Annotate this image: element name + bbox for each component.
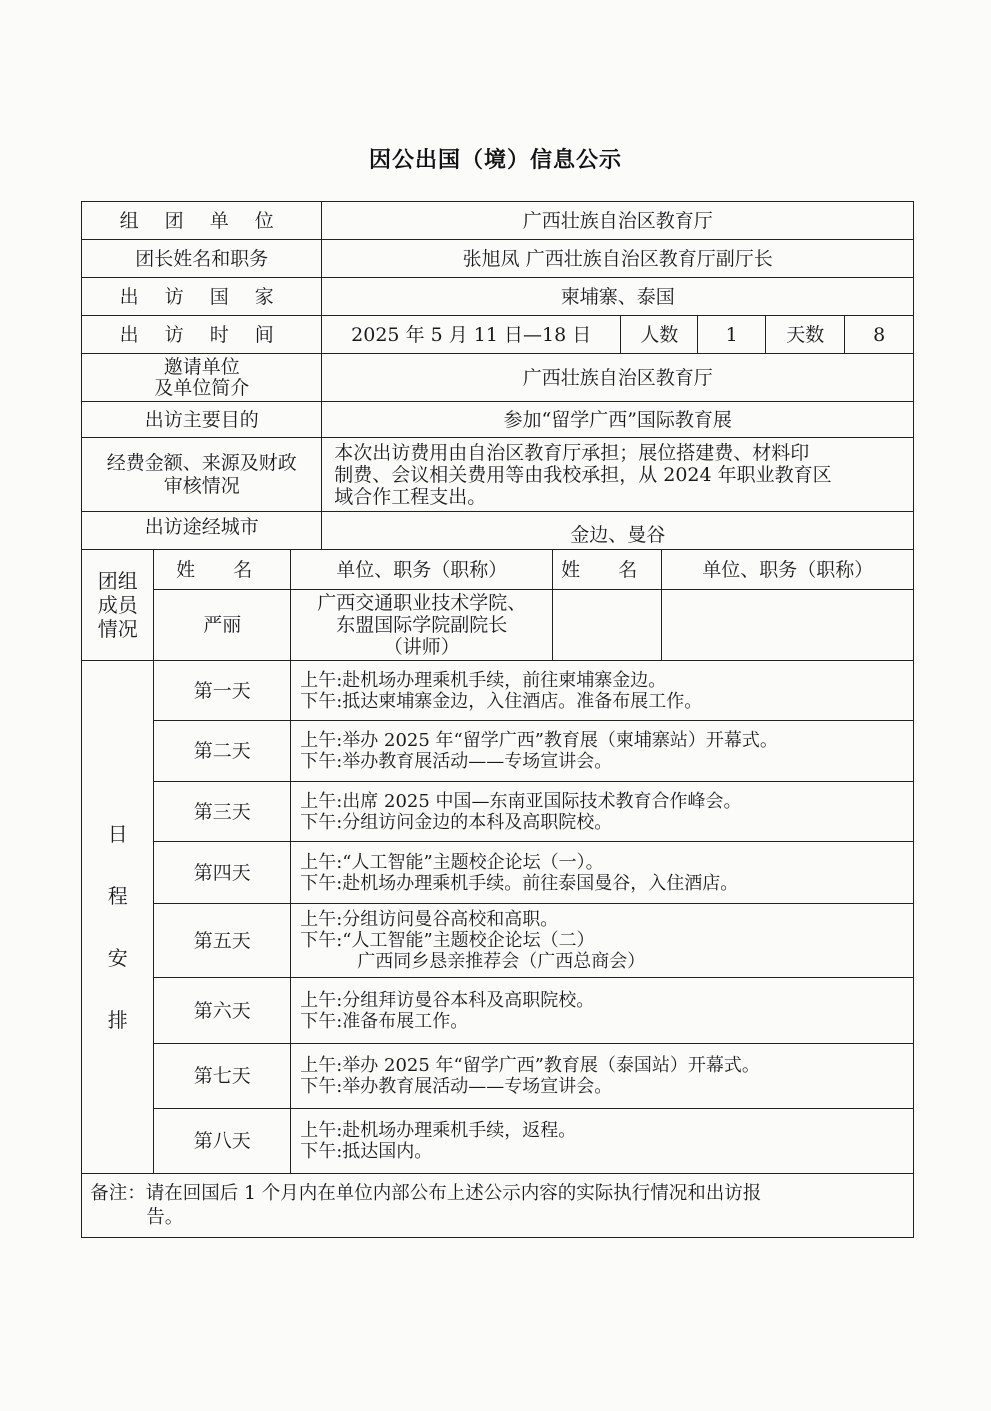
day1-afternoon: 下午:抵达柬埔寨金边，入住酒店。准备布展工作。 (300, 691, 702, 712)
countries-value-text: 柬埔寨、泰国 (561, 286, 675, 308)
day8-afternoon: 下午:抵达国内。 (300, 1141, 432, 1162)
day3-label-text: 第三天 (194, 801, 251, 823)
members-label-line2: 成员 (98, 593, 138, 617)
day1-label-text: 第一天 (194, 680, 251, 702)
remark: 备注：请在回国后 1 个月内在单位内部公布上述公示内容的实际执行情况和出访报 告… (81, 1173, 914, 1238)
schedule-label-char3: 安 (108, 927, 128, 989)
schedule-label-char4: 排 (108, 989, 128, 1051)
day2-label: 第二天 (153, 720, 291, 782)
member2-name (552, 589, 662, 661)
members-label-line1: 团组 (98, 569, 138, 593)
member2-unit (661, 589, 914, 661)
day2-content: 上午:举办 2025 年“留学广西”教育展（柬埔寨站）开幕式。 下午:举办教育展… (290, 720, 914, 782)
day4-morning: 上午:“人工智能”主题校企论坛（一）。 (300, 852, 603, 873)
funding-value-line2: 制费、会议相关费用等由我校承担，从 2024 年职业教育区 (334, 464, 831, 486)
member-unit-line3: （讲师） (384, 636, 460, 658)
day8-content: 上午:赴机场办理乘机手续，返程。 下午:抵达国内。 (290, 1108, 914, 1174)
members-section-label: 团组 成员 情况 (81, 549, 154, 661)
people-value-text: 1 (726, 324, 738, 346)
schedule-label-char1: 日 (108, 803, 128, 865)
days-value: 8 (844, 315, 914, 354)
day3-label: 第三天 (153, 781, 291, 842)
day4-content: 上午:“人工智能”主题校企论坛（一）。 下午:赴机场办理乘机手续。前往泰国曼谷，… (290, 841, 914, 904)
purpose-label: 出访主要目的 (81, 401, 322, 438)
member-unit-line2: 东盟国际学院副院长 (336, 614, 507, 636)
time-label: 出 访 时 间 (81, 315, 322, 354)
member-name-text: 严丽 (203, 614, 241, 636)
cities-label: 出访途经城市 (81, 511, 322, 550)
members-header-name1: 姓 名 (153, 549, 291, 590)
people-label-text: 人数 (640, 324, 678, 346)
day5-morning: 上午:分组访问曼谷高校和高职。 (300, 909, 558, 930)
funding-value-line3: 域合作工程支出。 (334, 486, 486, 508)
countries-label: 出 访 国 家 (81, 277, 322, 316)
time-label-text: 出 访 时 间 (120, 324, 284, 346)
group-unit-label-text: 组 团 单 位 (120, 210, 284, 232)
group-unit-value-text: 广西壮族自治区教育厅 (523, 210, 713, 232)
funding-label-line1: 经费金额、来源及财政 (107, 452, 297, 475)
purpose-label-text: 出访主要目的 (145, 409, 259, 431)
day1-label: 第一天 (153, 660, 291, 721)
day8-label-text: 第八天 (194, 1130, 251, 1152)
day6-label: 第六天 (153, 977, 291, 1044)
time-value: 2025 年 5 月 11 日—18 日 (321, 315, 621, 354)
members-header-unit1-text: 单位、职务（职称） (336, 559, 507, 581)
day5-afternoon-cont: 广西同乡恳亲推荐会（广西总商会） (300, 951, 645, 972)
cities-label-text: 出访途经城市 (145, 516, 259, 538)
group-unit-value: 广西壮族自治区教育厅 (321, 201, 914, 240)
member-unit: 广西交通职业技术学院、 东盟国际学院副院长 （讲师） (290, 589, 553, 661)
day4-afternoon: 下午:赴机场办理乘机手续。前往泰国曼谷，入住酒店。 (300, 873, 738, 894)
schedule-label-char2: 程 (108, 865, 128, 927)
day1-content: 上午:赴机场办理乘机手续，前往柬埔寨金边。 下午:抵达柬埔寨金边，入住酒店。准备… (290, 660, 914, 721)
countries-label-text: 出 访 国 家 (120, 286, 284, 308)
days-value-text: 8 (873, 324, 885, 346)
member-unit-line1: 广西交通职业技术学院、 (317, 592, 526, 614)
countries-value: 柬埔寨、泰国 (321, 277, 914, 316)
time-value-text: 2025 年 5 月 11 日—18 日 (351, 324, 591, 346)
day7-label-text: 第七天 (194, 1065, 251, 1087)
members-header-unit2-text: 单位、职务（职称） (702, 559, 873, 581)
funding-label-line2: 审核情况 (164, 475, 240, 498)
members-header-name1-text: 姓 名 (176, 559, 268, 581)
day8-label: 第八天 (153, 1108, 291, 1174)
inviter-label: 邀请单位 及单位简介 (81, 353, 322, 402)
funding-label: 经费金额、来源及财政 审核情况 (81, 437, 322, 512)
day3-afternoon: 下午:分组访问金边的本科及高职院校。 (300, 812, 612, 833)
document-title: 因公出国（境）信息公示 (0, 143, 991, 174)
day8-morning: 上午:赴机场办理乘机手续，返程。 (300, 1120, 576, 1141)
day3-content: 上午:出席 2025 中国—东南亚国际技术教育合作峰会。 下午:分组访问金边的本… (290, 781, 914, 842)
members-header-unit1: 单位、职务（职称） (290, 549, 553, 590)
group-unit-label: 组 团 单 位 (81, 201, 322, 240)
purpose-value-text: 参加“留学广西”国际教育展 (503, 409, 731, 431)
days-label-text: 天数 (786, 324, 824, 346)
members-header-name2: 姓 名 (552, 549, 662, 590)
day5-content: 上午:分组访问曼谷高校和高职。 下午:“人工智能”主题校企论坛（二） 广西同乡恳… (290, 903, 914, 978)
day7-label: 第七天 (153, 1043, 291, 1109)
purpose-value: 参加“留学广西”国际教育展 (321, 401, 914, 438)
inviter-label-line1: 邀请单位 (164, 357, 240, 378)
inviter-value-text: 广西壮族自治区教育厅 (523, 367, 713, 389)
day4-label: 第四天 (153, 841, 291, 904)
day7-morning: 上午:举办 2025 年“留学广西”教育展（泰国站）开幕式。 (300, 1055, 760, 1076)
day2-afternoon: 下午:举办教育展活动——专场宣讲会。 (300, 751, 612, 772)
leader-value: 张旭凤 广西壮族自治区教育厅副厅长 (321, 239, 914, 278)
cities-value: 金边、曼谷 (321, 511, 914, 550)
day6-afternoon: 下午:准备布展工作。 (300, 1011, 468, 1032)
day7-afternoon: 下午:举办教育展活动——专场宣讲会。 (300, 1076, 612, 1097)
day6-label-text: 第六天 (194, 1000, 251, 1022)
people-label: 人数 (620, 315, 698, 354)
members-header-name2-text: 姓 名 (561, 559, 653, 581)
day6-content: 上午:分组拜访曼谷本科及高职院校。 下午:准备布展工作。 (290, 977, 914, 1044)
leader-label: 团长姓名和职务 (81, 239, 322, 278)
inviter-label-line2: 及单位简介 (154, 378, 249, 399)
day5-afternoon: 下午:“人工智能”主题校企论坛（二） (300, 930, 594, 951)
schedule-section-label: 日 程 安 排 (81, 660, 154, 1174)
funding-value: 本次出访费用由自治区教育厅承担；展位搭建费、材料印 制费、会议相关费用等由我校承… (321, 437, 914, 512)
remark-line1: 备注：请在回国后 1 个月内在单位内部公布上述公示内容的实际执行情况和出访报 (90, 1182, 761, 1206)
members-label-line3: 情况 (98, 617, 138, 641)
leader-value-text: 张旭凤 广西壮族自治区教育厅副厅长 (463, 248, 773, 270)
day2-label-text: 第二天 (194, 740, 251, 762)
days-label: 天数 (765, 315, 845, 354)
day7-content: 上午:举办 2025 年“留学广西”教育展（泰国站）开幕式。 下午:举办教育展活… (290, 1043, 914, 1109)
leader-label-text: 团长姓名和职务 (135, 248, 268, 270)
members-header-unit2: 单位、职务（职称） (661, 549, 914, 590)
day6-morning: 上午:分组拜访曼谷本科及高职院校。 (300, 990, 594, 1011)
day3-morning: 上午:出席 2025 中国—东南亚国际技术教育合作峰会。 (300, 791, 741, 812)
inviter-value: 广西壮族自治区教育厅 (321, 353, 914, 402)
people-value: 1 (697, 315, 766, 354)
member-name: 严丽 (153, 589, 291, 661)
day5-label: 第五天 (153, 903, 291, 978)
funding-value-line1: 本次出访费用由自治区教育厅承担；展位搭建费、材料印 (334, 442, 809, 464)
day4-label-text: 第四天 (194, 862, 251, 884)
day2-morning: 上午:举办 2025 年“留学广西”教育展（柬埔寨站）开幕式。 (300, 730, 778, 751)
day1-morning: 上午:赴机场办理乘机手续，前往柬埔寨金边。 (300, 670, 666, 691)
remark-line2: 告。 (90, 1206, 183, 1230)
cities-value-text: 金边、曼谷 (570, 524, 665, 546)
day5-label-text: 第五天 (194, 930, 251, 952)
